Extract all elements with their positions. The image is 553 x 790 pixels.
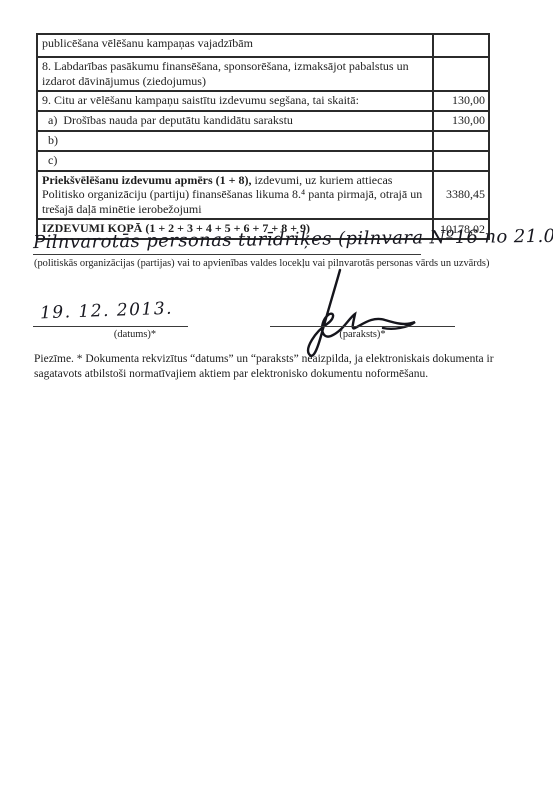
row-label: a) Drošības nauda par deputātu kandidātu… bbox=[37, 111, 433, 131]
handwritten-date: 19. 12. 2013. bbox=[40, 299, 174, 324]
amount-cell: 130,00 bbox=[433, 111, 489, 131]
row-label: 9. Citu ar vēlēšanu kampaņu saistītu izd… bbox=[37, 91, 433, 111]
amount-cell bbox=[433, 151, 489, 171]
table-row: b) bbox=[37, 131, 489, 151]
row-label: c) bbox=[37, 151, 433, 171]
authorization-signature-line bbox=[33, 254, 421, 255]
table-row: 9. Citu ar vēlēšanu kampaņu saistītu izd… bbox=[37, 91, 489, 111]
signature-caption: (paraksts)* bbox=[270, 329, 455, 340]
authorization-caption: (politiskās organizācijas (partijas) vai… bbox=[34, 258, 534, 269]
table-row: 8. Labdarības pasākumu finansēšana, spon… bbox=[37, 57, 489, 91]
row-label: Priekšvēlēšanu izdevumu apmērs (1 + 8), … bbox=[37, 171, 433, 220]
amount-cell: 130,00 bbox=[433, 91, 489, 111]
table-row: a) Drošības nauda par deputātu kandidātu… bbox=[37, 111, 489, 131]
amount-cell bbox=[433, 131, 489, 151]
signature-line bbox=[270, 326, 455, 327]
amount-cell bbox=[433, 34, 489, 57]
table-row: Priekšvēlēšanu izdevumu apmērs (1 + 8), … bbox=[37, 171, 489, 220]
row-label: b) bbox=[37, 131, 433, 151]
expense-table: publicēšana vēlēšanu kampaņas vajadzībām… bbox=[36, 33, 490, 240]
table-row: c) bbox=[37, 151, 489, 171]
row-label: 8. Labdarības pasākumu finansēšana, spon… bbox=[37, 57, 433, 91]
date-caption: (datums)* bbox=[60, 329, 210, 340]
row-label-bold-part: Priekšvēlēšanu izdevumu apmērs (1 + 8), bbox=[42, 173, 252, 187]
table-row: publicēšana vēlēšanu kampaņas vajadzībām bbox=[37, 34, 489, 57]
amount-cell: 3380,45 bbox=[433, 171, 489, 220]
amount-cell bbox=[433, 57, 489, 91]
signature-scribble bbox=[293, 266, 423, 362]
row-label: publicēšana vēlēšanu kampaņas vajadzībām bbox=[37, 34, 433, 57]
footnote: Piezīme. * Dokumenta rekvizītus “datums”… bbox=[34, 352, 534, 382]
date-line bbox=[33, 326, 188, 327]
scanned-document-page: publicēšana vēlēšanu kampaņas vajadzībām… bbox=[0, 0, 553, 790]
